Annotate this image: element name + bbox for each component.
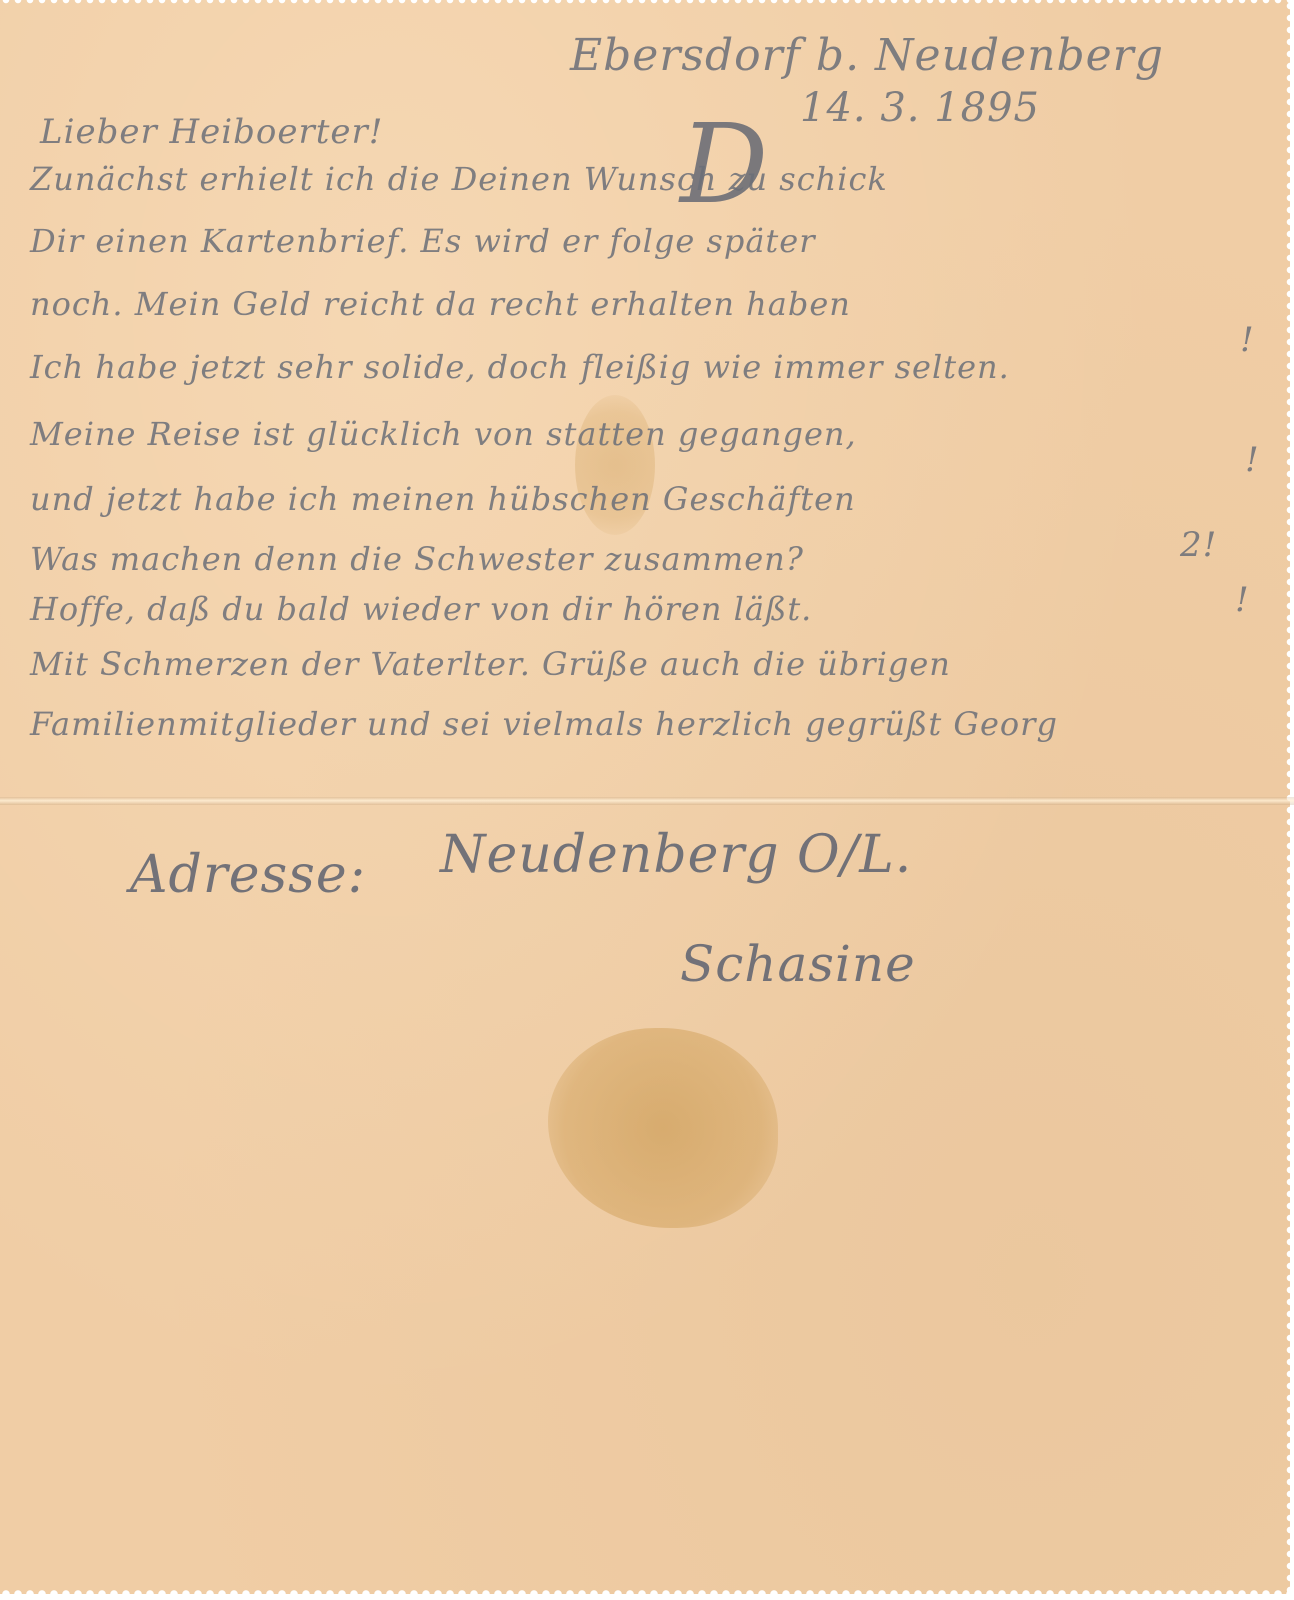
header-place: Ebersdorf b. Neudenberg bbox=[570, 30, 1164, 81]
margin-mark: ! bbox=[1240, 320, 1255, 360]
letter-line: Familienmitglieder und sei vielmals herz… bbox=[30, 705, 1058, 743]
margin-mark: ! bbox=[1235, 580, 1250, 620]
letter-line: Hoffe, daß du bald wieder von dir hören … bbox=[30, 590, 812, 628]
letter-line: Meine Reise ist glücklich von statten ge… bbox=[30, 415, 857, 453]
header-date: 14. 3. 1895 bbox=[800, 85, 1040, 131]
letter-card: Ebersdorf b. Neudenberg 14. 3. 1895 D Li… bbox=[0, 0, 1290, 1594]
address-street: Schasine bbox=[680, 935, 916, 993]
fold-line bbox=[0, 797, 1294, 805]
letter-line: Dir einen Kartenbrief. Es wird er folge … bbox=[30, 222, 816, 260]
salutation: Lieber Heiboerter! bbox=[40, 112, 383, 152]
margin-mark: ! bbox=[1245, 440, 1260, 480]
address-city: Neudenberg O/L. bbox=[440, 825, 912, 885]
stain-large bbox=[548, 1028, 778, 1228]
letter-line: noch. Mein Geld reicht da recht erhalten… bbox=[30, 285, 851, 323]
letter-line: Was machen denn die Schwester zusammen? bbox=[30, 540, 804, 578]
letter-line: Mit Schmerzen der Vaterlter. Grüße auch … bbox=[30, 645, 951, 683]
address-label: Adresse: bbox=[130, 845, 366, 905]
perforated-edge-bottom bbox=[0, 1587, 1294, 1594]
letter-line: und jetzt habe ich meinen hübschen Gesch… bbox=[30, 480, 856, 518]
perforated-edge-top bbox=[0, 0, 1294, 4]
letter-line: Ich habe jetzt sehr solide, doch fleißig… bbox=[30, 348, 1010, 386]
letter-line: Zunächst erhielt ich die Deinen Wunsch z… bbox=[30, 160, 888, 198]
margin-mark: 2! bbox=[1180, 525, 1217, 565]
